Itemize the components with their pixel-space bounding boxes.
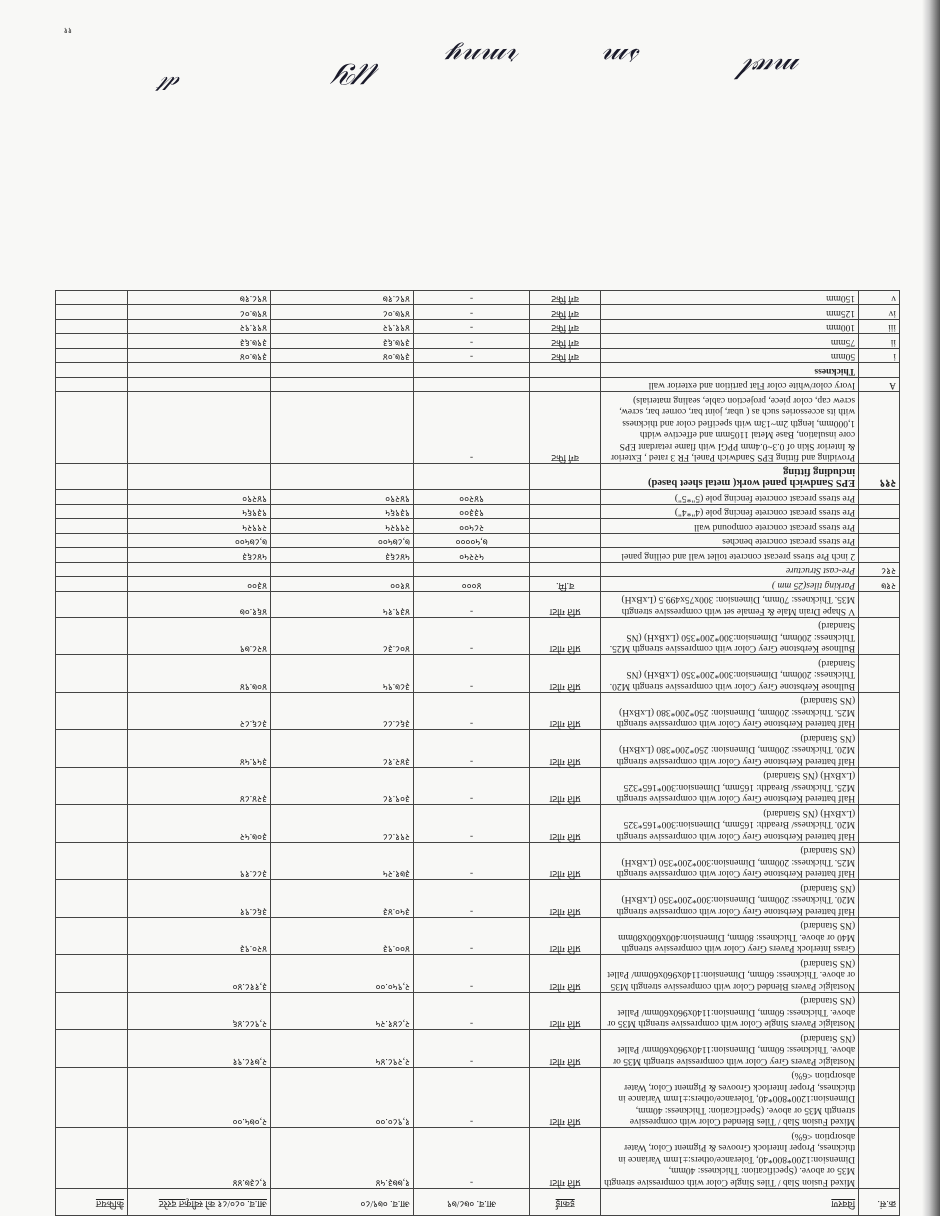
cell-desc: Parking tiles(25 mm ) (601, 577, 859, 592)
cell-desc: 100mm (601, 320, 859, 335)
cell-rem (56, 805, 128, 843)
cell-unit (530, 534, 601, 549)
cell-desc: Pre stress precast concrete fencing pole… (601, 490, 859, 505)
cell-rem (56, 320, 128, 335)
cell-sn (859, 843, 900, 881)
table-row: Pre stress precast concrete benches७,५००… (56, 534, 900, 549)
cell-rem (56, 378, 128, 393)
cell-rem (56, 918, 128, 956)
cell-sn: iv (859, 305, 900, 320)
cell-y2: ९४२९० (270, 490, 413, 505)
cell-y2: २,८४१.२५ (270, 993, 413, 1031)
cell-desc: Grass Interlock Pavers Grey Color with c… (601, 918, 859, 956)
cell-sn: २१७ (859, 577, 900, 592)
cell-desc: Half battered Kerbstone Grey Color with … (601, 768, 859, 806)
cell-desc: Pre stress precast concrete compound wal… (601, 519, 859, 534)
cell-y1: - (413, 1030, 529, 1068)
cell-rem (56, 519, 128, 534)
cell-unit: प्रति गोटा (530, 918, 601, 956)
rate-table: क्र.सं. विवरण इकाई आ.व. ०७८/७९ आ.व. ०७९/… (55, 290, 900, 1216)
header-sn: क्र.सं. (859, 1189, 900, 1216)
cell-rem (56, 993, 128, 1031)
cell-rem (56, 534, 128, 549)
table-header: क्र.सं. विवरण इकाई आ.व. ०७८/७९ आ.व. ०७९/… (56, 1189, 900, 1216)
cell-y2: ५४८६३ (270, 548, 413, 563)
cell-sn (859, 505, 900, 520)
cell-desc: 125mm (601, 305, 859, 320)
table-row: V Shape Drain Male & Female set with com… (56, 592, 900, 618)
cell-y2 (270, 392, 413, 464)
cell-rem (56, 363, 128, 378)
cell-rem (56, 618, 128, 656)
cell-sn (859, 392, 900, 464)
table-row: Half battered Kerbstone Grey Color with … (56, 880, 900, 918)
cell-y1: - (413, 918, 529, 956)
cell-unit (530, 363, 601, 378)
cell-y1: - (413, 592, 529, 618)
cell-sn (859, 768, 900, 806)
cell-y3: ४२८.७९ (127, 618, 270, 656)
cell-unit (530, 490, 601, 505)
cell-unit (530, 548, 601, 563)
cell-unit (530, 519, 601, 534)
cell-y2: ३८७.९५ (270, 655, 413, 693)
cell-unit: प्रति गोटा (530, 1030, 601, 1068)
cell-sn (859, 955, 900, 993)
cell-desc: Providing and fitting EPS Sandwich Panel… (601, 392, 859, 464)
cell-y3: ४०७.९४ (127, 655, 270, 693)
cell-y2: ३०९.१८ (270, 768, 413, 806)
cell-unit: वर्ग फिट (530, 392, 601, 464)
cell-y1 (413, 378, 529, 393)
cell-y2: ७,८७५०० (270, 534, 413, 549)
cell-rem (56, 349, 128, 364)
cell-sn (859, 693, 900, 731)
cell-sn: A (859, 378, 900, 393)
table-row: 2 inch Pre stress precast concrete toile… (56, 548, 900, 563)
cell-y3: ५४८६३ (127, 548, 270, 563)
cell-y3: ३९७.०४ (127, 349, 270, 364)
cell-sn (859, 655, 900, 693)
cell-y3: ३५९.५४ (127, 730, 270, 768)
cell-sn (859, 548, 900, 563)
cell-unit (530, 505, 601, 520)
cell-y1: - (413, 334, 529, 349)
cell-rem (56, 464, 128, 490)
cell-y2: ३७१.२५ (270, 843, 413, 881)
cell-y3: ३,११८.४० (127, 955, 270, 993)
cell-y1: - (413, 768, 529, 806)
cell-y2: ३४२.१८ (270, 730, 413, 768)
cell-desc: Half battered Kerbstone Grey Color with … (601, 805, 859, 843)
cell-unit: प्रति गोटा (530, 955, 601, 993)
cell-y1: ७,५०००० (413, 534, 529, 549)
cell-y1: - (413, 1068, 529, 1129)
cell-y2: २९९२५ (270, 519, 413, 534)
cell-y1: - (413, 730, 529, 768)
cell-unit: वर्ग फिट (530, 334, 601, 349)
cell-y3: २९९२५ (127, 519, 270, 534)
cell-rem (56, 305, 128, 320)
cell-y2 (270, 563, 413, 578)
cell-desc: Ivory color/white color Flat partition a… (601, 378, 859, 393)
page-number: ११ (64, 25, 72, 36)
cell-rem (56, 592, 128, 618)
cell-y3: ४२०.९३ (127, 918, 270, 956)
cell-unit: प्रति गोटा (530, 993, 601, 1031)
table-row: Half battered Kerbstone Grey Color with … (56, 843, 900, 881)
cell-y1: - (413, 955, 529, 993)
cell-rem (56, 880, 128, 918)
cell-y3: ४३०० (127, 577, 270, 592)
cell-desc: EPS Sandwich panel work( metal sheet bas… (601, 464, 859, 490)
table-row: Half battered Kerbstone Grey Color with … (56, 693, 900, 731)
signature-1: 𝓂𝓌𝓁 (744, 51, 800, 86)
cell-sn (859, 618, 900, 656)
table-row: v150mmवर्ग फिट-४९८.१७४९८.१७ (56, 291, 900, 306)
cell-y3: ४९१.९२ (127, 320, 270, 335)
table-row: Half battered Kerbstone Grey Color with … (56, 768, 900, 806)
cell-y3: १,८३७.४४ (127, 1128, 270, 1189)
table-row: Half battered Kerbstone Grey Color with … (56, 805, 900, 843)
cell-rem (56, 334, 128, 349)
cell-sn (859, 534, 900, 549)
cell-desc: Thickness (601, 363, 859, 378)
cell-rem (56, 730, 128, 768)
cell-desc: Mixed Fusion Slab / Tiles Single Color w… (601, 1128, 859, 1189)
cell-y1: २८५०० (413, 519, 529, 534)
header-remarks: कैफियत (56, 1189, 128, 1216)
cell-desc: Nostalgic Pavers Grey Color with compres… (601, 1030, 859, 1068)
cell-y3: ४९७.०८ (127, 305, 270, 320)
cell-sn (859, 880, 900, 918)
cell-unit: प्रति गोटा (530, 1128, 601, 1189)
table-row: Pre stress precast concrete fencing pole… (56, 490, 900, 505)
cell-y2: १,९८०.०० (270, 1068, 413, 1129)
cell-y3: ३८८.१९ (127, 843, 270, 881)
cell-y2: ४९१.९२ (270, 320, 413, 335)
signature-2: 𝓈𝓂 (603, 41, 640, 76)
cell-y3 (127, 378, 270, 393)
cell-desc: Bullnose Kerbstone Grey Color with compr… (601, 618, 859, 656)
table-row: AIvory color/white color Flat partition … (56, 378, 900, 393)
cell-rem (56, 505, 128, 520)
cell-y2: ९३९६५ (270, 505, 413, 520)
cell-y1: - (413, 805, 529, 843)
header-year2: आ.व. ०७९/८० (270, 1189, 413, 1216)
cell-rem (56, 392, 128, 464)
cell-y1: ९४२०० (413, 490, 529, 505)
cell-y3 (127, 464, 270, 490)
cell-rem (56, 1128, 128, 1189)
table-row: iii100mmवर्ग फिट-४९१.९२४९१.९२ (56, 320, 900, 335)
table-row: iv125mmवर्ग फिट-४९७.०८४९७.०८ (56, 305, 900, 320)
cell-y1 (413, 363, 529, 378)
cell-rem (56, 768, 128, 806)
cell-y2: ४०८.३८ (270, 618, 413, 656)
cell-y3: ४६१.०७ (127, 592, 270, 618)
table-row: Mixed Fusion Slab / Tiles Single Color w… (56, 1128, 900, 1189)
cell-y1: - (413, 392, 529, 464)
table-row: Nostalgic Pavers Single Color with compr… (56, 993, 900, 1031)
cell-unit (530, 378, 601, 393)
cell-y3 (127, 392, 270, 464)
cell-y3: ३०७.५२ (127, 805, 270, 843)
cell-y2: २,९५०.०० (270, 955, 413, 993)
table-row: Nostalgic Pavers Grey Color with compres… (56, 1030, 900, 1068)
header-unit: इकाई (530, 1189, 601, 1216)
cell-sn (859, 519, 900, 534)
cell-y1: - (413, 693, 529, 731)
table-row: Pre stress precast concrete fencing pole… (56, 505, 900, 520)
cell-desc: Nostalgic Pavers Single Color with compr… (601, 993, 859, 1031)
table-row: Bullnose Kerbstone Grey Color with compr… (56, 655, 900, 693)
cell-y3: ३८६.८२ (127, 693, 270, 731)
cell-sn: २१८ (859, 563, 900, 578)
table-row: २१९EPS Sandwich panel work( metal sheet … (56, 464, 900, 490)
table-row: Pre stress precast concrete compound wal… (56, 519, 900, 534)
cell-sn: v (859, 291, 900, 306)
cell-sn (859, 918, 900, 956)
cell-rem (56, 577, 128, 592)
cell-y3: २,०७५.०० (127, 1068, 270, 1129)
cell-desc: V Shape Drain Male & Female set with com… (601, 592, 859, 618)
cell-y2: ४९८.१७ (270, 291, 413, 306)
cell-y2: २,२९८.४५ (270, 1030, 413, 1068)
cell-desc: Bullnose Kerbstone Grey Color with compr… (601, 655, 859, 693)
cell-y3: ३९७.६३ (127, 334, 270, 349)
cell-y2: ३९७.०४ (270, 349, 413, 364)
cell-sn (859, 730, 900, 768)
cell-y1: - (413, 291, 529, 306)
cell-sn (859, 490, 900, 505)
cell-y1: - (413, 305, 529, 320)
cell-unit: वर्ग फिट (530, 291, 601, 306)
cell-y3: ७,८७५०० (127, 534, 270, 549)
cell-unit: प्रति गोटा (530, 805, 601, 843)
cell-y2: ४९७.०८ (270, 305, 413, 320)
cell-y1: ४००० (413, 577, 529, 592)
cell-sn (859, 1030, 900, 1068)
cell-desc: Half battered Kerbstone Grey Color with … (601, 693, 859, 731)
cell-unit: प्रति गोटा (530, 693, 601, 731)
cell-desc: Pre-cast Structure (601, 563, 859, 578)
cell-y1: - (413, 320, 529, 335)
cell-unit: प्रति गोटा (530, 655, 601, 693)
cell-y3 (127, 363, 270, 378)
cell-y1 (413, 464, 529, 490)
cell-unit: प्रति गोटा (530, 880, 601, 918)
cell-y2 (270, 363, 413, 378)
cell-desc: 150mm (601, 291, 859, 306)
cell-unit (530, 563, 601, 578)
cell-y2: ४१०० (270, 577, 413, 592)
cell-rem (56, 693, 128, 731)
cell-y1: - (413, 993, 529, 1031)
cell-sn (859, 1128, 900, 1189)
cell-desc: 2 inch Pre stress precast concrete toile… (601, 548, 859, 563)
table-row: Providing and fitting EPS Sandwich Panel… (56, 392, 900, 464)
cell-sn (859, 592, 900, 618)
table-row: Thickness (56, 363, 900, 378)
cell-y2 (270, 464, 413, 490)
cell-y2: २९१.८८ (270, 805, 413, 843)
cell-y1: - (413, 349, 529, 364)
cell-y3: २,९८८.४६ (127, 993, 270, 1031)
signature-date: 𝒹𝓉 (161, 71, 180, 96)
scanned-page: क्र.सं. विवरण इकाई आ.व. ०७८/७९ आ.व. ०७९/… (0, 0, 940, 1216)
cell-y3: ४९८.१७ (127, 291, 270, 306)
cell-rem (56, 563, 128, 578)
cell-unit: व.मि. (530, 577, 601, 592)
table-row: २१७Parking tiles(25 mm )व.मि.४०००४१००४३०… (56, 577, 900, 592)
cell-rem (56, 655, 128, 693)
cell-y1: - (413, 843, 529, 881)
cell-unit: प्रति गोटा (530, 618, 601, 656)
cell-sn (859, 993, 900, 1031)
cell-y2: १,७७३.५४ (270, 1128, 413, 1189)
cell-sn: २१९ (859, 464, 900, 490)
cell-y1: ५२२५० (413, 548, 529, 563)
table-row: ii75mmवर्ग फिट-३९७.६३३९७.६३ (56, 334, 900, 349)
cell-desc: Half battered Kerbstone Grey Color with … (601, 730, 859, 768)
cell-desc: 50mm (601, 349, 859, 364)
cell-unit: प्रति गोटा (530, 768, 601, 806)
cell-sn (859, 1068, 900, 1129)
cell-y3 (127, 563, 270, 578)
cell-unit: प्रति गोटा (530, 592, 601, 618)
cell-y3: ९३९६५ (127, 505, 270, 520)
cell-desc: Half battered Kerbstone Grey Color with … (601, 843, 859, 881)
table-row: Half battered Kerbstone Grey Color with … (56, 730, 900, 768)
cell-y3: ३६८.९१ (127, 880, 270, 918)
cell-y2: ३९७.६३ (270, 334, 413, 349)
cell-y1: - (413, 618, 529, 656)
table-row: i50mmवर्ग फिट-३९७.०४३९७.०४ (56, 349, 900, 364)
cell-unit: वर्ग फिट (530, 305, 601, 320)
cell-y1: ९३३०० (413, 505, 529, 520)
cell-desc: Nostalgic Pavers Blended Color with comp… (601, 955, 859, 993)
cell-y2 (270, 378, 413, 393)
cell-rem (56, 1030, 128, 1068)
table-row: Bullnose Kerbstone Grey Color with compr… (56, 618, 900, 656)
cell-y2: ४००.९३ (270, 918, 413, 956)
cell-y2: ३५०.४३ (270, 880, 413, 918)
table-row: Nostalgic Pavers Blended Color with comp… (56, 955, 900, 993)
cell-unit: प्रति गोटा (530, 730, 601, 768)
cell-y3: २,७१८.९१ (127, 1030, 270, 1068)
scan-edge (922, 0, 940, 1216)
cell-sn (859, 363, 900, 378)
cell-y1: - (413, 880, 529, 918)
cell-rem (56, 291, 128, 306)
cell-rem (56, 490, 128, 505)
signature-3: 𝓇𝓂𝓃𝓎 (446, 41, 520, 76)
cell-desc: Half battered Kerbstone Grey Color with … (601, 880, 859, 918)
cell-y2: ३६८.८८ (270, 693, 413, 731)
cell-desc: Mixed Fusion Slab / Tiles Blended Color … (601, 1068, 859, 1129)
cell-sn: ii (859, 334, 900, 349)
cell-rem (56, 1068, 128, 1129)
cell-unit: वर्ग फिट (530, 349, 601, 364)
header-description: विवरण (601, 1189, 859, 1216)
table-row: २१८Pre-cast Structure (56, 563, 900, 578)
signature-4: 𝓁𝓁𝒴 (337, 56, 380, 91)
header-year3: आ.व. ०८०/८१ को स्वीकृत दररेट (127, 1189, 270, 1216)
cell-rem (56, 843, 128, 881)
cell-sn (859, 805, 900, 843)
cell-y2: ४३९.१५ (270, 592, 413, 618)
cell-rem (56, 548, 128, 563)
cell-y3: ३२४.८४ (127, 768, 270, 806)
cell-sn: i (859, 349, 900, 364)
header-year1: आ.व. ०७८/७९ (413, 1189, 529, 1216)
cell-y1: - (413, 655, 529, 693)
cell-unit: प्रति गोटा (530, 1068, 601, 1129)
cell-unit: प्रति गोटा (530, 843, 601, 881)
cell-unit (530, 464, 601, 490)
cell-desc: Pre stress precast concrete benches (601, 534, 859, 549)
cell-rem (56, 955, 128, 993)
cell-desc: Pre stress precast concrete fencing pole… (601, 505, 859, 520)
table-row: Mixed Fusion Slab / Tiles Blended Color … (56, 1068, 900, 1129)
cell-y1: - (413, 1128, 529, 1189)
cell-sn: iii (859, 320, 900, 335)
cell-y3: ९४२९० (127, 490, 270, 505)
cell-desc: 75mm (601, 334, 859, 349)
cell-unit: वर्ग फिट (530, 320, 601, 335)
table-row: Grass Interlock Pavers Grey Color with c… (56, 918, 900, 956)
cell-y1 (413, 563, 529, 578)
